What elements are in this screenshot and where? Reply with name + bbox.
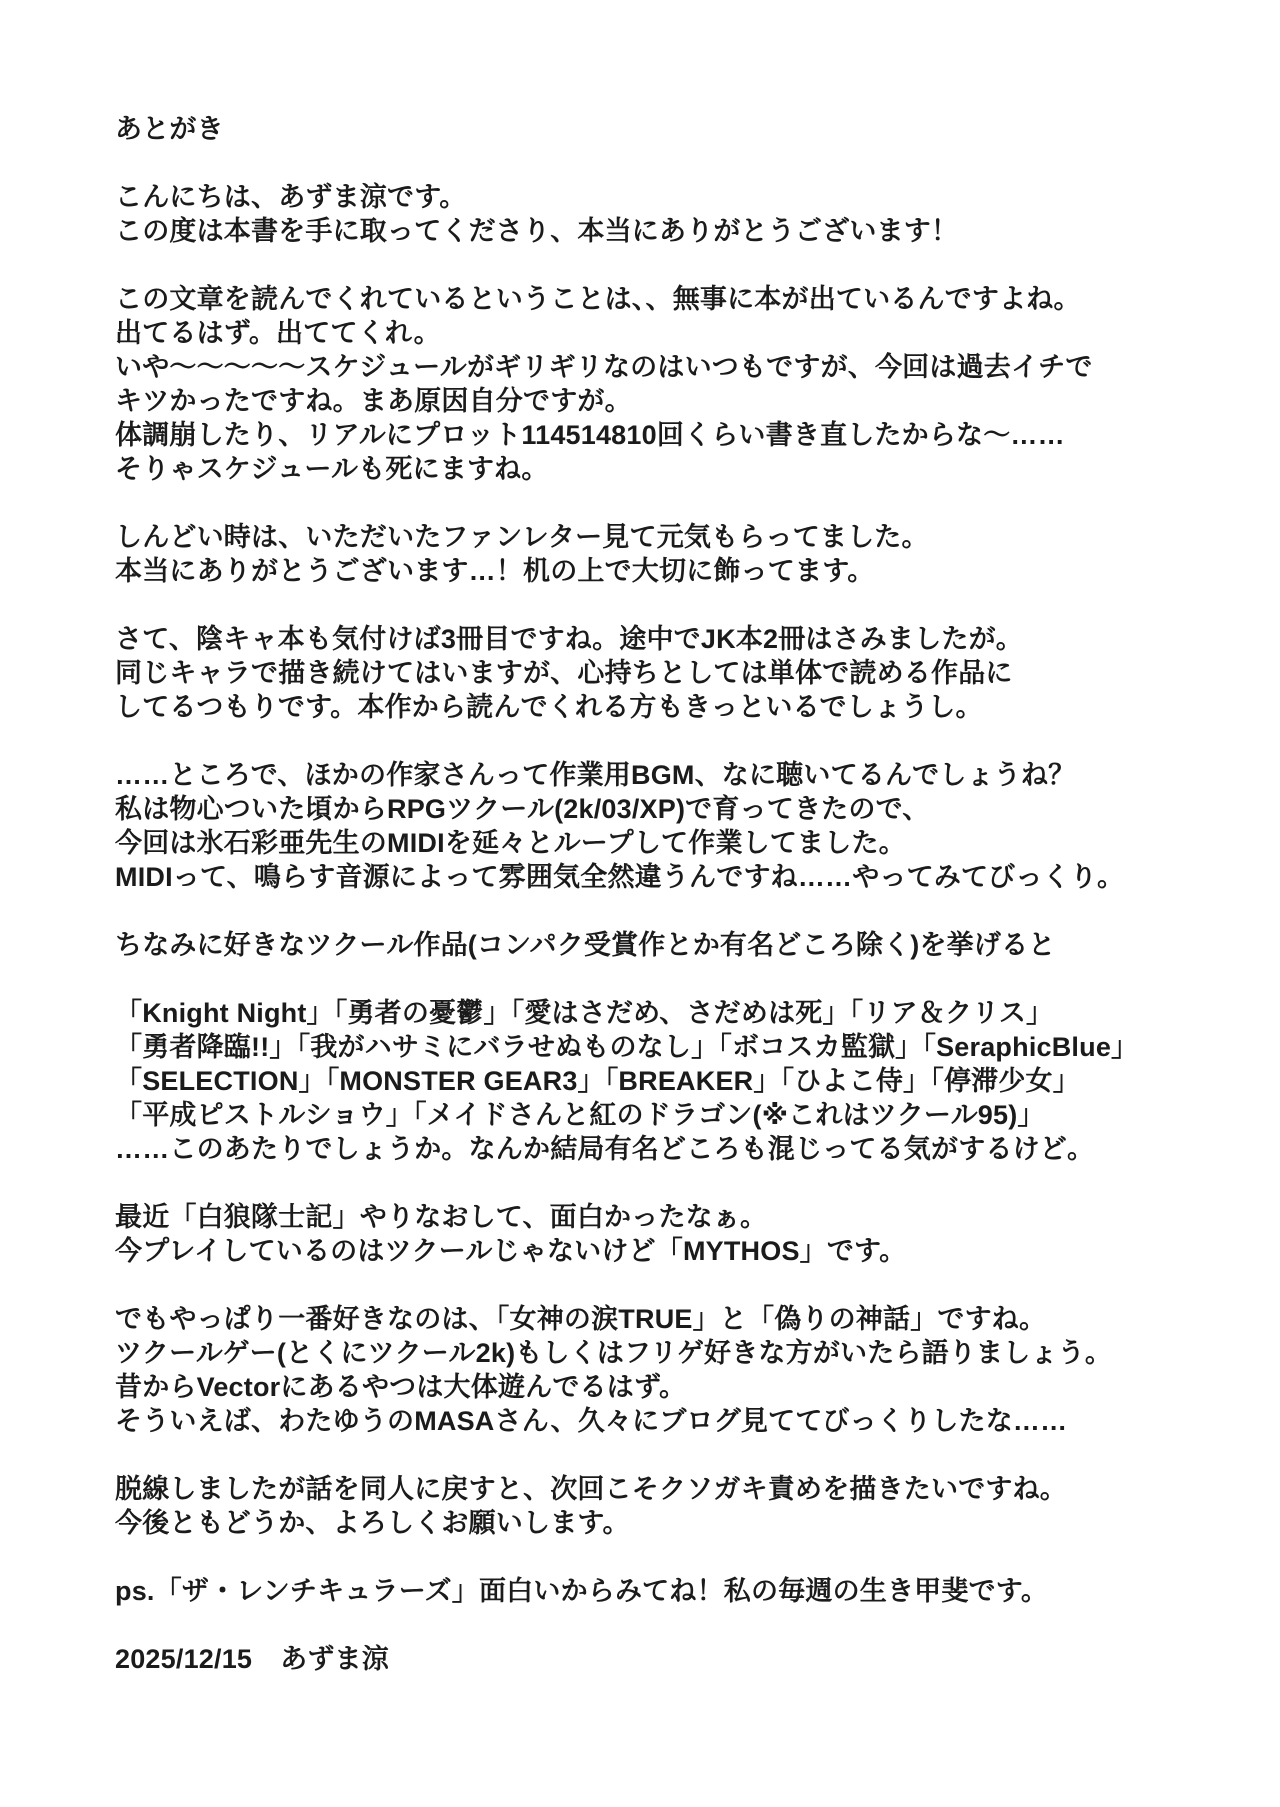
text-line: 最近「白狼隊士記」やりなおして、面白かったなぁ。 <box>115 1200 1215 1234</box>
text-line: 今プレイしているのはツクールじゃないけど「MYTHOS」です。 <box>115 1234 1215 1268</box>
afterword-page: あとがき こんにちは、あずま涼です。 この度は本書を手に取ってくださり、本当にあ… <box>0 0 1280 1807</box>
text-line: ps.「ザ・レンチキュラーズ」面白いからみてね！私の毎週の生き甲斐です。 <box>115 1574 1215 1608</box>
text-line: しんどい時は、いただいたファンレター見て元気もらってました。 <box>115 520 1215 554</box>
text-line: さて、陰キャ本も気付けば3冊目ですね。途中でJK本2冊はさみましたが。 <box>115 622 1215 656</box>
text-line: でもやっぱり一番好きなのは、「女神の涙TRUE」と「偽りの神話」ですね。 <box>115 1302 1215 1336</box>
page-title: あとがき <box>115 112 1215 146</box>
text-line: ツクールゲー(とくにツクール2k)もしくはフリゲ好きな方がいたら語りましょう。 <box>115 1336 1215 1370</box>
text-line: 「SELECTION」「MONSTER GEAR3」「BREAKER」「ひよこ侍… <box>115 1064 1215 1098</box>
text-line: 同じキャラで描き続けてはいますが、心持ちとしては単体で読める作品に <box>115 656 1215 690</box>
paragraph-bgm: ……ところで、ほかの作家さんって作業用BGM、なに聴いてるんでしょうね？ 私は物… <box>115 758 1215 894</box>
paragraph-series: さて、陰キャ本も気付けば3冊目ですね。途中でJK本2冊はさみましたが。 同じキャ… <box>115 622 1215 724</box>
text-line: してるつもりです。本作から読んでくれる方もきっといるでしょうし。 <box>115 690 1215 724</box>
paragraph-greeting: こんにちは、あずま涼です。 この度は本書を手に取ってくださり、本当にありがとうご… <box>115 180 1215 248</box>
paragraph-favorites-intro: ちなみに好きなツクール作品(コンパク受賞作とか有名どころ除く)を挙げると <box>115 928 1215 962</box>
text-line: 「勇者降臨!!」「我がハサミにバラせぬものなし」「ボコスカ監獄」「Seraphi… <box>115 1030 1215 1064</box>
text-line: ……このあたりでしょうか。なんか結局有名どころも混じってる気がするけど。 <box>115 1132 1215 1166</box>
date-signature-line: 2025/12/15あずま涼 <box>115 1642 1215 1676</box>
text-line: この文章を読んでくれているということは、、無事に本が出ているんですよね。 <box>115 282 1215 316</box>
text-line: キツかったですね。まあ原因自分ですが。 <box>115 384 1215 418</box>
text-line: そりゃスケジュールも死にますね。 <box>115 452 1215 486</box>
paragraph-recent-play: 最近「白狼隊士記」やりなおして、面白かったなぁ。 今プレイしているのはツクールじ… <box>115 1200 1215 1268</box>
text-line: 「平成ピストルショウ」「メイドさんと紅のドラゴン(※これはツクール95)」 <box>115 1098 1215 1132</box>
paragraph-fanletter: しんどい時は、いただいたファンレター見て元気もらってました。 本当にありがとうご… <box>115 520 1215 588</box>
paragraph-closing: 脱線しましたが話を同人に戻すと、次回こそクソガキ責めを描きたいですね。 今後とも… <box>115 1472 1215 1540</box>
text-line: 脱線しましたが話を同人に戻すと、次回こそクソガキ責めを描きたいですね。 <box>115 1472 1215 1506</box>
text-line: 体調崩したり、リアルにプロット114514810回くらい書き直したからな～…… <box>115 418 1215 452</box>
paragraph-best-games: でもやっぱり一番好きなのは、「女神の涙TRUE」と「偽りの神話」ですね。 ツクー… <box>115 1302 1215 1438</box>
text-line: この度は本書を手に取ってくださり、本当にありがとうございます！ <box>115 214 1215 248</box>
afterword-content: あとがき こんにちは、あずま涼です。 この度は本書を手に取ってくださり、本当にあ… <box>115 112 1215 1676</box>
text-line: そういえば、わたゆうのMASAさん、久々にブログ見ててびっくりしたな…… <box>115 1404 1215 1438</box>
text-line: MIDIって、鳴らす音源によって雰囲気全然違うんですね……やってみてびっくり。 <box>115 860 1215 894</box>
text-line: ……ところで、ほかの作家さんって作業用BGM、なに聴いてるんでしょうね？ <box>115 758 1215 792</box>
text-line: こんにちは、あずま涼です。 <box>115 180 1215 214</box>
text-line: 出てるはず。出ててくれ。 <box>115 316 1215 350</box>
paragraph-postscript: ps.「ザ・レンチキュラーズ」面白いからみてね！私の毎週の生き甲斐です。 <box>115 1574 1215 1608</box>
text-line: 今回は氷石彩亜先生のMIDIを延々とループして作業してました。 <box>115 826 1215 860</box>
text-line: 今後ともどうか、よろしくお願いします。 <box>115 1506 1215 1540</box>
text-line: いや～～～～～スケジュールがギリギリなのはいつもですが、今回は過去イチで <box>115 350 1215 384</box>
paragraph-game-list: 「Knight Night」「勇者の憂鬱」「愛はさだめ、さだめは死」「リア＆クリ… <box>115 996 1215 1166</box>
text-line: 「Knight Night」「勇者の憂鬱」「愛はさだめ、さだめは死」「リア＆クリ… <box>115 996 1215 1030</box>
text-line: 私は物心ついた頃からRPGツクール(2k/03/XP)で育ってきたので、 <box>115 792 1215 826</box>
date: 2025/12/15 <box>115 1644 252 1674</box>
text-line: 昔からVectorにあるやつは大体遊んでるはず。 <box>115 1370 1215 1404</box>
text-line: ちなみに好きなツクール作品(コンパク受賞作とか有名どころ除く)を挙げると <box>115 928 1215 962</box>
paragraph-schedule: この文章を読んでくれているということは、、無事に本が出ているんですよね。 出てる… <box>115 282 1215 486</box>
signature: あずま涼 <box>280 1644 389 1674</box>
text-line: 本当にありがとうございます…！机の上で大切に飾ってます。 <box>115 554 1215 588</box>
